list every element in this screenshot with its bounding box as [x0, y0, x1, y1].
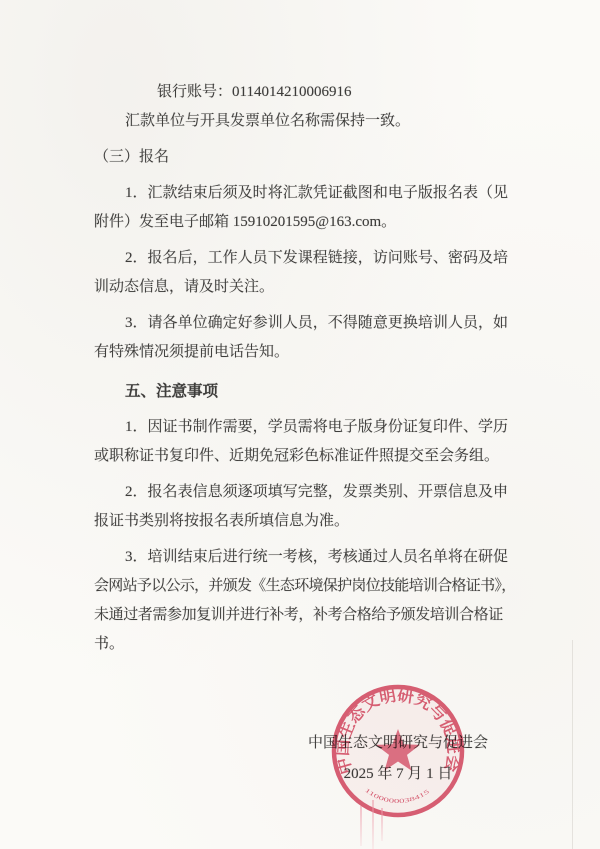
document-line: 未通过者需参加复训并进行补考，补考合格给予颁发培训合格证 — [94, 601, 508, 630]
document-line: 3．培训结束后进行统一考核，考核通过人员名单将在研促 — [94, 543, 508, 572]
document-line: 2．报名后，工作人员下发课程链接，访问账号、密码及培 — [94, 244, 508, 273]
section-heading: 五、注意事项 — [94, 377, 508, 406]
document-line: （三）报名 — [94, 143, 508, 172]
document-line: 会网站予以公示，并颁发《生态环境保护岗位技能培训合格证书》， — [94, 572, 508, 601]
scan-crease — [572, 640, 573, 849]
organization-seal: 中国生态文明研究与促进会 1100000038415 — [328, 681, 468, 821]
document-line: 银行账号：0114014210006916 — [94, 78, 508, 107]
document-line: 有特殊情况须提前电话告知。 — [94, 338, 508, 367]
ink-streak — [360, 806, 362, 846]
ink-streak — [381, 808, 383, 841]
ink-streak — [372, 800, 374, 849]
scanned-document: { "document": { "lines": [ { "text": "银行… — [0, 0, 600, 849]
document-line: 附件）发至电子邮箱 15910201595@163.com。 — [94, 208, 508, 237]
document-line: 报证书类别将按报名表所填信息为准。 — [94, 507, 508, 536]
document-line: 汇款单位与开具发票单位名称需保持一致。 — [94, 107, 508, 136]
document-line: 训动态信息，请及时关注。 — [94, 273, 508, 302]
document-line: 书。 — [94, 630, 508, 659]
document-line: 或职称证书复印件、近期免冠彩色标准证件照提交至会务组。 — [94, 442, 508, 471]
document-line: 1．因证书制作需要，学员需将电子版身份证复印件、学历 — [94, 413, 508, 442]
document-line: 2．报名表信息须逐项填写完整，发票类别、开票信息及申 — [94, 478, 508, 507]
document-line: 1．汇款结束后须及时将汇款凭证截图和电子版报名表（见 — [94, 179, 508, 208]
document-body: 银行账号：0114014210006916 汇款单位与开具发票单位名称需保持一致… — [94, 78, 508, 659]
document-line: 3．请各单位确定好参训人员，不得随意更换培训人员，如 — [94, 309, 508, 338]
